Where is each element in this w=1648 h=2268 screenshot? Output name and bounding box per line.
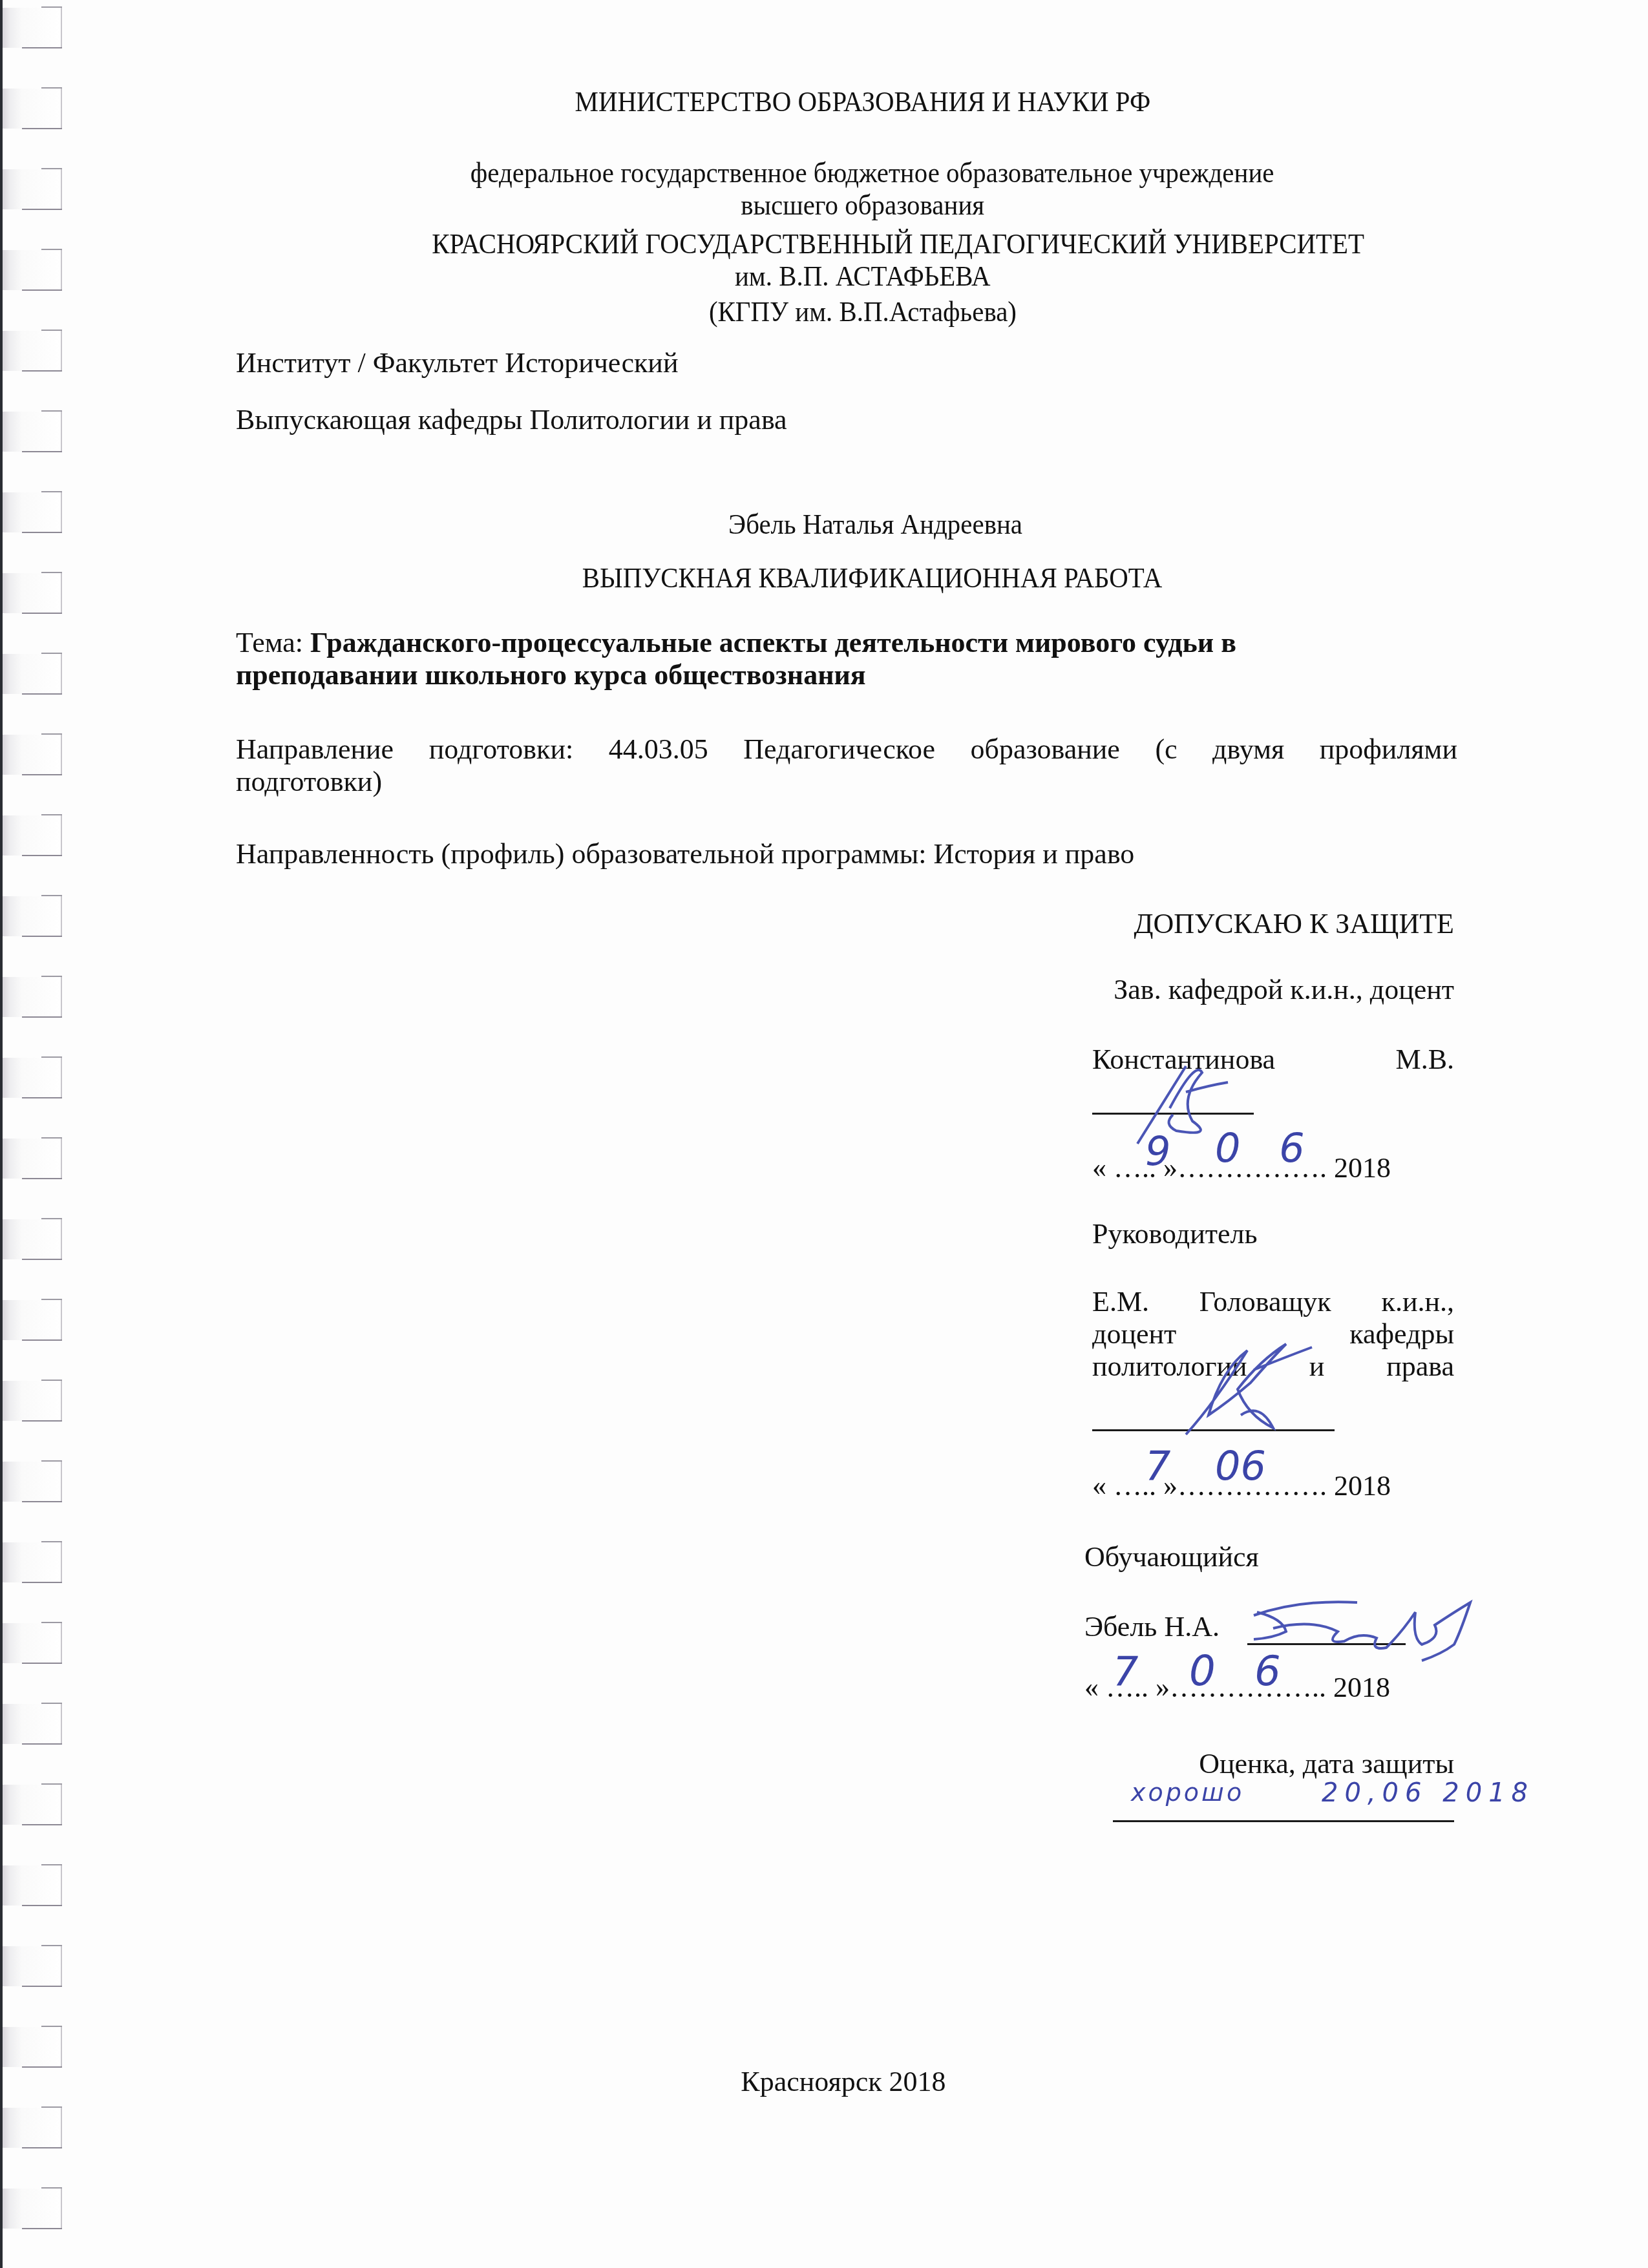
supervisor-department-word: кафедры [1349,1318,1454,1350]
approval-heading: ДОПУСКАЮ К ЗАЩИТЕ [1134,908,1455,940]
binding-tab [3,1139,62,1179]
university-abbreviation: (КГПУ им. В.П.Астафьева) [39,296,1648,328]
student-label: Обучающийся [1084,1541,1259,1573]
binding-tab [3,735,62,775]
head-date-day-handwritten: 9 [1145,1128,1170,1175]
binding-tab [3,1381,62,1421]
binding-tab [3,896,62,936]
institute-line: Институт / Факультет Исторический [236,347,678,379]
profile-line: Направленность (профиль) образовательной… [236,838,1134,870]
supervisor-initials: Е.М. [1092,1286,1149,1318]
topic-text-line2: преподавании школьного курса обществозна… [236,659,866,691]
binding-tab [3,1058,62,1098]
ministry-heading: МИНИСТЕРСТВО ОБРАЗОВАНИЯ И НАУКИ РФ [39,86,1648,118]
binding-tab [3,1300,62,1340]
binding-tab [3,1462,62,1502]
head-date-month-handwritten: 0 6 [1215,1124,1318,1171]
binding-tab [3,1785,62,1825]
binding-tab [3,815,62,856]
supervisor-surname: Головащук [1199,1286,1331,1318]
binding-tab [3,1865,62,1906]
institution-type-line2: высшего образования [39,189,1648,222]
binding-tab [3,1623,62,1663]
binding-tab [3,8,62,48]
topic-label: Тема: [236,627,310,658]
binding-tab [3,654,62,694]
defense-date-handwritten: 20,06 2018 [1322,1778,1534,1808]
grade-handwritten: хорошо [1131,1778,1244,1807]
head-of-department-title: Зав. кафедрой к.и.н., доцент [1114,974,1454,1006]
binding-tab [3,977,62,1017]
student-date-day-handwritten: 7 [1113,1648,1138,1695]
head-initials: М.В. [1396,1044,1454,1076]
supervisor-date-day-handwritten: 7 [1145,1442,1170,1489]
supervisor-date-month-handwritten: 06 [1215,1442,1266,1489]
binding-tab [3,331,62,371]
student-date-month-handwritten: 0 6 [1189,1648,1294,1696]
grade-label: Оценка, дата защиты [1199,1748,1454,1780]
binding-tab [3,1542,62,1582]
student-name: Эбель Н.А. [1084,1611,1220,1643]
topic: Тема: Гражданского-процессуальные аспект… [236,627,1236,659]
supervisor-degree: к.и.н., [1382,1286,1454,1318]
grade-line [1113,1820,1454,1822]
institution-type-line1: федеральное государственное бюджетное об… [48,157,1648,189]
binding-tab [3,2189,62,2229]
department-line: Выпускающая кафедры Политологии и права [236,404,787,436]
binding-tab [3,1219,62,1259]
binding-tab [3,1946,62,1986]
work-type: ВЫПУСКНАЯ КВАЛИФИКАЦИОННАЯ РАБОТА [48,562,1648,594]
binding-tab [3,412,62,452]
direction-line1: Направление подготовки: 44.03.05 Педагог… [236,733,1457,766]
binding-tab [3,1704,62,1744]
supervisor-line1: Е.М. Головащук к.и.н., [1092,1286,1454,1318]
binding-tab [3,2027,62,2067]
university-named-after: им. В.П. АСТАФЬЕВА [39,260,1648,293]
direction-line2: подготовки) [236,766,382,798]
footer-city-year: Красноярск 2018 [19,2066,1648,2098]
author-name: Эбель Наталья Андреевна [52,509,1648,541]
university-name: КРАСНОЯРСКИЙ ГОСУДАРСТВЕННЫЙ ПЕДАГОГИЧЕС… [74,228,1648,260]
supervisor-signature-icon [1176,1331,1331,1447]
supervisor-position: доцент [1092,1318,1176,1350]
binding-tab [3,2108,62,2148]
supervisor-label: Руководитель [1092,1218,1258,1250]
supervisor-dept-name-3: права [1386,1350,1454,1383]
topic-text-line1: Гражданского-процессуальные аспекты деят… [310,627,1236,658]
